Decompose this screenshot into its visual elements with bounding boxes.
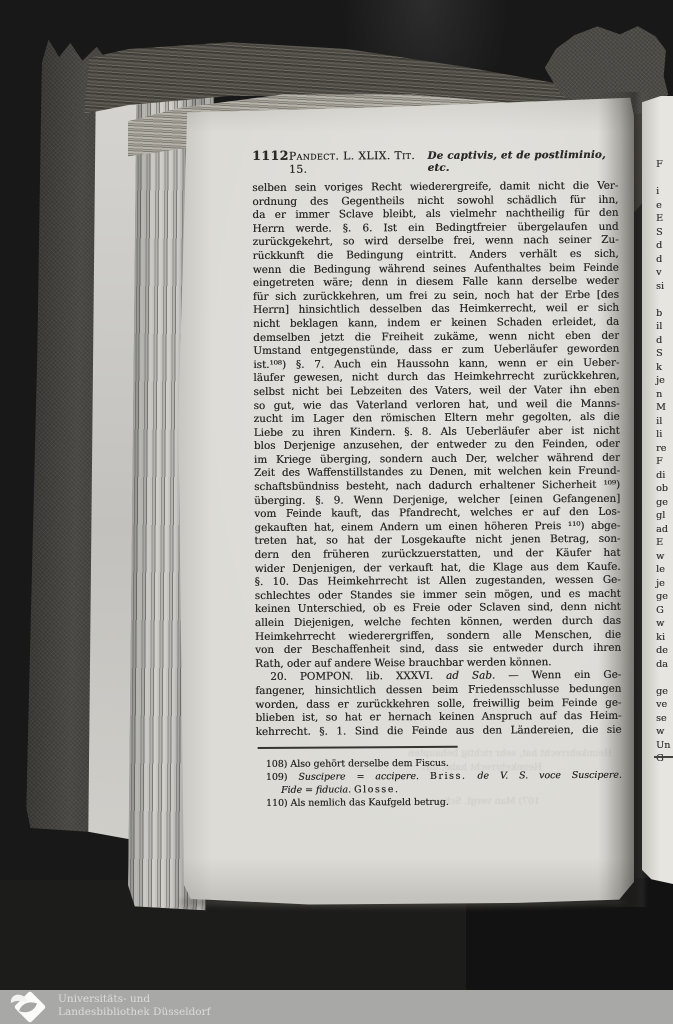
facing-text-fragment: b <box>656 307 673 321</box>
facing-text-fragment: E <box>656 536 673 550</box>
facing-text-fragment: je <box>656 374 673 388</box>
facing-text-fragment: v <box>656 266 673 280</box>
facing-fragments: F ieESddvsi bildSkjenMillireFdiobgegladE… <box>656 158 673 766</box>
page-number: 1112 <box>252 148 289 163</box>
facing-text-fragment: d <box>656 239 673 253</box>
body-line: von der Beschaffenheit sind, dass sie en… <box>255 642 621 658</box>
facing-text-fragment: ge <box>656 496 673 510</box>
facing-text-fragment: d <box>656 253 673 267</box>
facing-text-fragment: w <box>656 725 673 739</box>
facing-text-fragment: M <box>656 401 673 415</box>
facing-text-fragment: ki <box>656 631 673 645</box>
footnote-line: 109) Suscipere = accipere. Briss. de V. … <box>266 769 622 784</box>
facing-text-fragment: ob <box>656 482 673 496</box>
facing-text-fragment: d <box>656 334 673 348</box>
footnote-line: 110) Als nemlich das Kaufgeld betrug. <box>266 795 622 810</box>
running-title-roman: Pandect. L. XLIX. Tit. 15. <box>289 149 428 176</box>
facing-text-fragment: ge <box>656 685 673 699</box>
facing-text-fragment: E <box>656 212 673 226</box>
facing-page-sliver: F ieESddvsi bildSkjenMillireFdiobgegladE… <box>642 96 673 884</box>
library-name: Universitäts- und Landesbibliothek Düsse… <box>58 993 358 1021</box>
facing-text-fragment: G <box>656 604 673 618</box>
facing-text-fragment: re <box>656 442 673 456</box>
facing-text-fragment: i <box>656 185 673 199</box>
book-page: Heimkehrrecht hat, sehr richtig behaupte… <box>170 92 634 907</box>
running-title-italic: De captivis, et de postliminio, etc. <box>427 149 618 174</box>
facing-text-fragment: il <box>656 415 673 429</box>
facing-text-fragment: e <box>656 199 673 213</box>
library-logo-icon <box>4 990 54 1024</box>
facing-text-fragment: de <box>656 644 673 658</box>
footnotes: 108) Also gehört derselbe dem Fiscus.109… <box>256 756 622 810</box>
footnote-divider-rule <box>258 746 458 749</box>
facing-text-fragment: se <box>656 712 673 726</box>
library-name-line2: Landesbibliothek Düsseldorf <box>58 1006 358 1019</box>
facing-text-fragment: le <box>656 563 673 577</box>
body-text: selben sein voriges Recht wiederergreife… <box>252 180 621 740</box>
page-header: 1112 Pandect. L. XLIX. Tit. 15. De capti… <box>252 146 618 164</box>
facing-text-fragment: n <box>656 388 673 402</box>
facing-text-fragment: ge <box>656 590 673 604</box>
facing-text-fragment: w <box>656 617 673 631</box>
facing-text-fragment: Un <box>656 739 673 753</box>
facing-text-fragment: ad <box>656 523 673 537</box>
facing-text-fragment: il <box>656 320 673 334</box>
facing-text-fragment: G <box>656 752 673 766</box>
printed-text-block: 1112 Pandect. L. XLIX. Tit. 15. De capti… <box>252 146 622 810</box>
facing-text-fragment: je <box>656 577 673 591</box>
body-line: kehrrecht. §. 1. Sind die Feinde aus den… <box>256 724 622 740</box>
facing-text-fragment: ve <box>656 698 673 712</box>
book-scan-photo: Heimkehrrecht hat, sehr richtig behaupte… <box>0 0 673 1024</box>
facing-text-fragment: S <box>656 226 673 240</box>
library-watermark-bar: Universitäts- und Landesbibliothek Düsse… <box>0 990 673 1024</box>
facing-text-fragment: gl <box>656 509 673 523</box>
facing-text-fragment: F <box>656 158 673 172</box>
facing-text-fragment: di <box>656 469 673 483</box>
facing-text-fragment <box>656 671 673 685</box>
facing-text-fragment: w <box>656 550 673 564</box>
facing-text-fragment: si <box>656 280 673 294</box>
facing-text-fragment <box>656 293 673 307</box>
facing-text-fragment: da <box>656 658 673 672</box>
facing-text-fragment <box>656 172 673 186</box>
facing-text-fragment: li <box>656 428 673 442</box>
library-name-line1: Universitäts- und <box>58 993 358 1006</box>
facing-footnote-rule <box>654 756 673 758</box>
facing-text-fragment: S <box>656 347 673 361</box>
facing-text-fragment: k <box>656 361 673 375</box>
facing-text-fragment: F <box>656 455 673 469</box>
